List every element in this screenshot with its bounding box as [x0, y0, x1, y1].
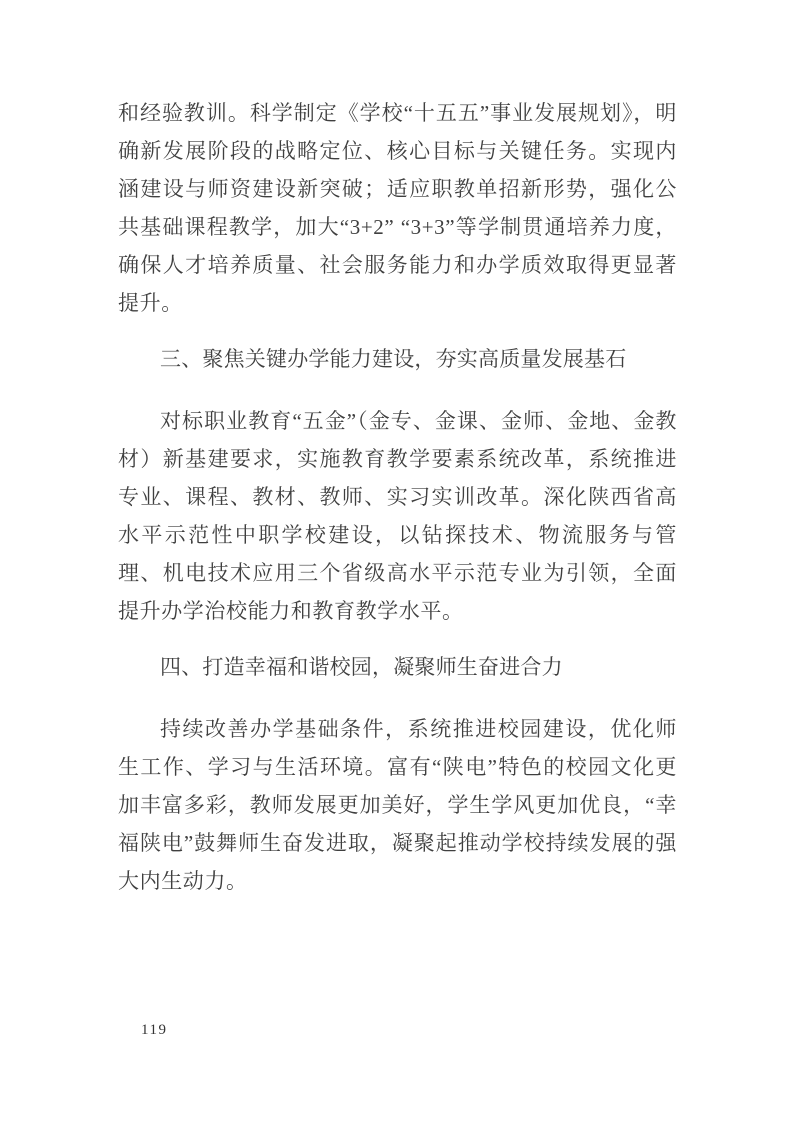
- page-number: 119: [141, 1020, 167, 1040]
- document-page: 和经验教训。科学制定《学校“十五五”事业发展规划》，明确新发展阶段的战略定位、核…: [0, 0, 794, 1123]
- section-heading-four: 四、打造幸福和谐校园，凝聚师生奋进合力: [118, 648, 677, 686]
- paragraph-continuation: 和经验教训。科学制定《学校“十五五”事业发展规划》，明确新发展阶段的战略定位、核…: [118, 94, 677, 322]
- document-body: 和经验教训。科学制定《学校“十五五”事业发展规划》，明确新发展阶段的战略定位、核…: [118, 94, 677, 900]
- paragraph-section-three: 对标职业教育“五金”（金专、金课、金师、金地、金教材）新基建要求，实施教育教学要…: [118, 402, 677, 630]
- paragraph-section-four: 持续改善办学基础条件，系统推进校园建设，优化师生工作、学习与生活环境。富有“陕电…: [118, 710, 677, 900]
- section-heading-three: 三、聚焦关键办学能力建设，夯实高质量发展基石: [118, 340, 677, 378]
